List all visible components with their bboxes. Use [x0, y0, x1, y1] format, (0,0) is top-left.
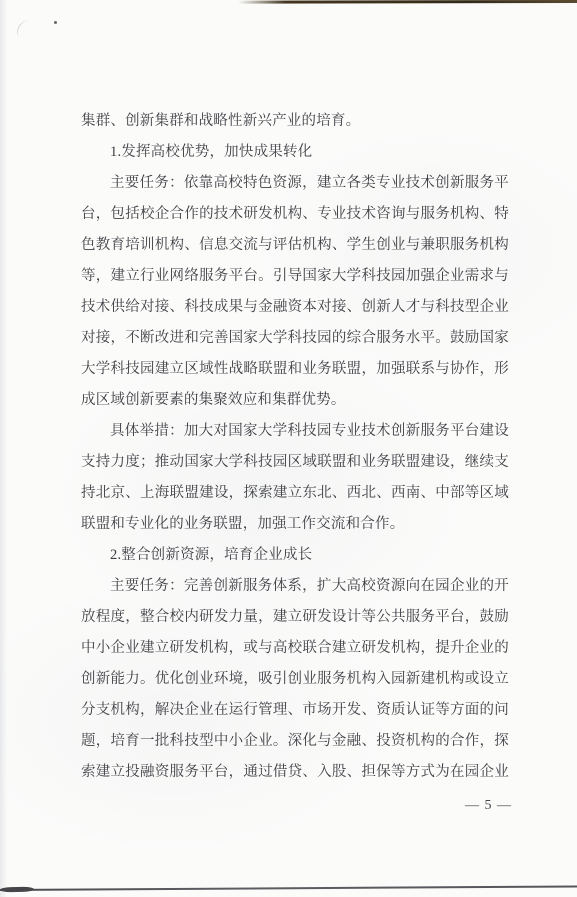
text-line: 持北京、上海联盟建设，探索建立东北、西北、西南、中部等区域 — [81, 478, 509, 509]
scanned-document-page: 集群、创新集群和战略性新兴产业的培育。 1.发挥高校优势，加快成果转化 主要任务… — [0, 0, 577, 897]
scan-bottom-left-mark — [0, 887, 34, 893]
scan-bottom-edge-line — [0, 885, 577, 891]
text-line: 大学科技园建立区域性战略联盟和业务联盟，加强联系与协作，形 — [81, 354, 509, 385]
text-line: 成区域创新要素的集聚效应和集群优势。 — [81, 385, 509, 416]
text-line: 主要任务：完善创新服务体系，扩大高校资源向在园企业的开 — [81, 571, 509, 602]
page-number: — 5 — — [81, 790, 512, 821]
text-line: 中小企业建立研发机构，或与高校联合建立研发机构，提升企业的 — [81, 633, 509, 664]
scan-corner-crease-mark — [15, 18, 34, 40]
text-line: 联盟和专业化的业务联盟，加强工作交流和合作。 — [81, 509, 509, 540]
document-body: 集群、创新集群和战略性新兴产业的培育。 1.发挥高校优势，加快成果转化 主要任务… — [81, 106, 509, 788]
text-line: 创新能力。优化创业环境，吸引创业服务机构入园新建机构或设立 — [81, 664, 509, 695]
ink-speck — [54, 21, 57, 24]
scan-top-edge-line — [238, 0, 577, 4]
text-line: 色教育培训机构、信息交流与评估机构、学生创业与兼职服务机构 — [81, 230, 509, 261]
text-line: 台，包括校企合作的技术研发机构、专业技术咨询与服务机构、特 — [81, 199, 509, 230]
text-line: 集群、创新集群和战略性新兴产业的培育。 — [81, 106, 509, 137]
text-line: 对接，不断改进和完善国家大学科技园的综合服务水平。鼓励国家 — [81, 323, 509, 354]
text-line: 具体举措：加大对国家大学科技园专业技术创新服务平台建设 — [81, 416, 509, 447]
text-line: 索建立投融资服务平台，通过借贷、入股、担保等方式为在园企业 — [81, 757, 509, 788]
text-line: 支持力度；推动国家大学科技园区域联盟和业务联盟建设，继续支 — [81, 447, 509, 478]
text-line: 主要任务：依靠高校特色资源，建立各类专业技术创新服务平 — [81, 168, 509, 199]
text-line-heading: 1.发挥高校优势，加快成果转化 — [81, 137, 509, 168]
scan-left-edge-shadow — [0, 0, 7, 897]
text-line: 放程度，整合校内研发力量，建立研发设计等公共服务平台，鼓励 — [81, 602, 509, 633]
text-line: 分支机构，解决企业在运行管理、市场开发、资质认证等方面的问 — [81, 695, 509, 726]
text-line: 技术供给对接、科技成果与金融资本对接、创新人才与科技型企业 — [81, 292, 509, 323]
text-line: 题，培育一批科技型中小企业。深化与金融、投资机构的合作，探 — [81, 726, 509, 757]
text-line: 等，建立行业网络服务平台。引导国家大学科技园加强企业需求与 — [81, 261, 509, 292]
text-line-heading: 2.整合创新资源，培育企业成长 — [81, 540, 509, 571]
